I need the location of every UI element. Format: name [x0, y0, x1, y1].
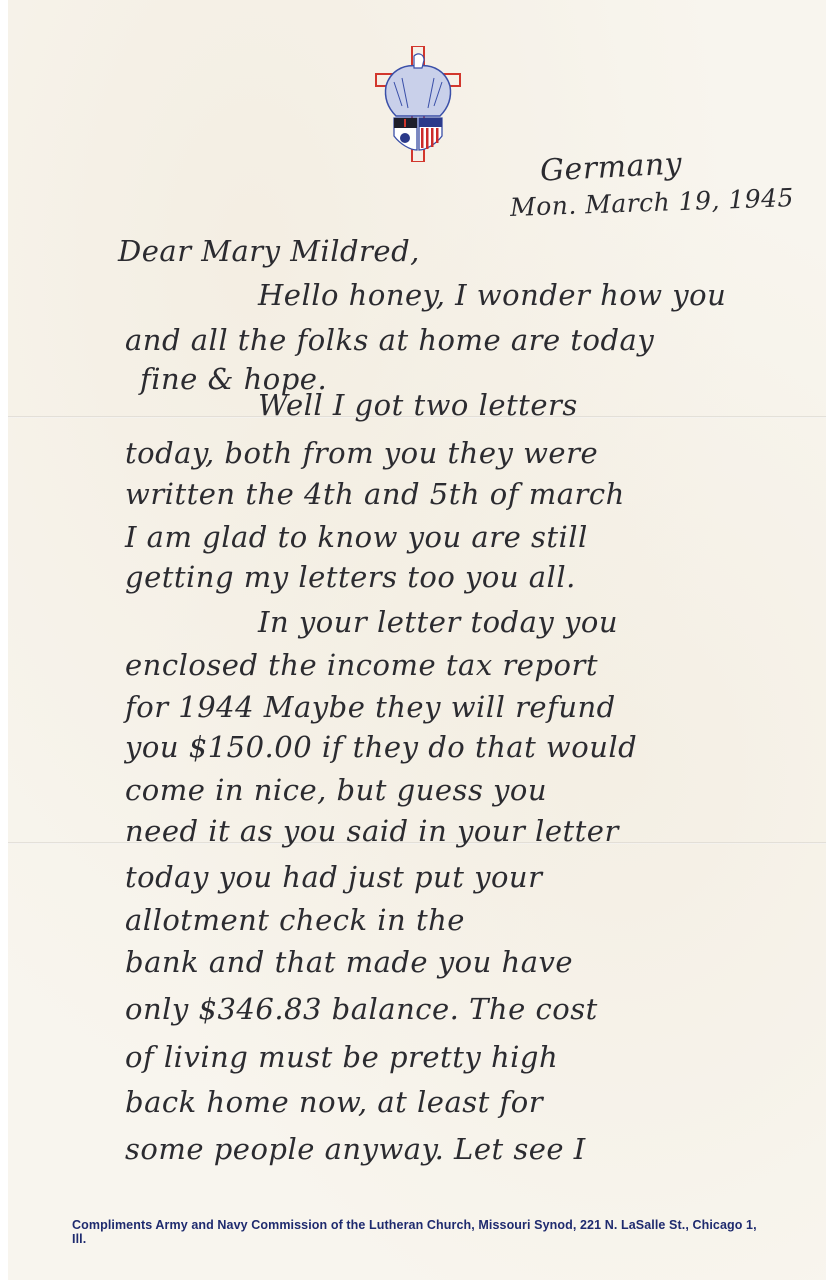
body-line: need it as you said in your letter	[125, 814, 619, 848]
body-line: today you had just put your	[125, 860, 542, 894]
body-line: Hello honey, I wonder how you	[258, 278, 726, 312]
body-line: only $346.83 balance. The cost	[125, 992, 598, 1026]
body-line: Well I got two letters	[258, 388, 578, 422]
body-line: I am glad to know you are still	[125, 520, 588, 554]
body-line: of living must be pretty high	[125, 1040, 558, 1074]
body-line: getting my letters too you all.	[125, 560, 576, 594]
body-line: you $150.00 if they do that would	[125, 730, 637, 764]
body-line: for 1944 Maybe they will refund	[125, 690, 616, 724]
body-line: come in nice, but guess you	[125, 773, 547, 807]
body-line: allotment check in the	[125, 903, 465, 937]
body-line: enclosed the income tax report	[125, 648, 598, 682]
body-line: bank and that made you have	[125, 945, 573, 979]
body-line: and all the folks at home are today	[125, 323, 654, 357]
salutation: Dear Mary Mildred,	[118, 234, 420, 268]
eagle-cross-shield-emblem	[372, 46, 464, 162]
letter-place: Germany	[539, 146, 683, 188]
body-line: some people anyway. Let see I	[125, 1132, 586, 1166]
body-line: written the 4th and 5th of march	[125, 477, 625, 511]
body-line: In your letter today you	[258, 605, 618, 639]
body-line: back home now, at least for	[125, 1085, 543, 1119]
body-line: today, both from you they were	[125, 436, 598, 470]
letterhead-footer: Compliments Army and Navy Commission of …	[72, 1218, 772, 1246]
